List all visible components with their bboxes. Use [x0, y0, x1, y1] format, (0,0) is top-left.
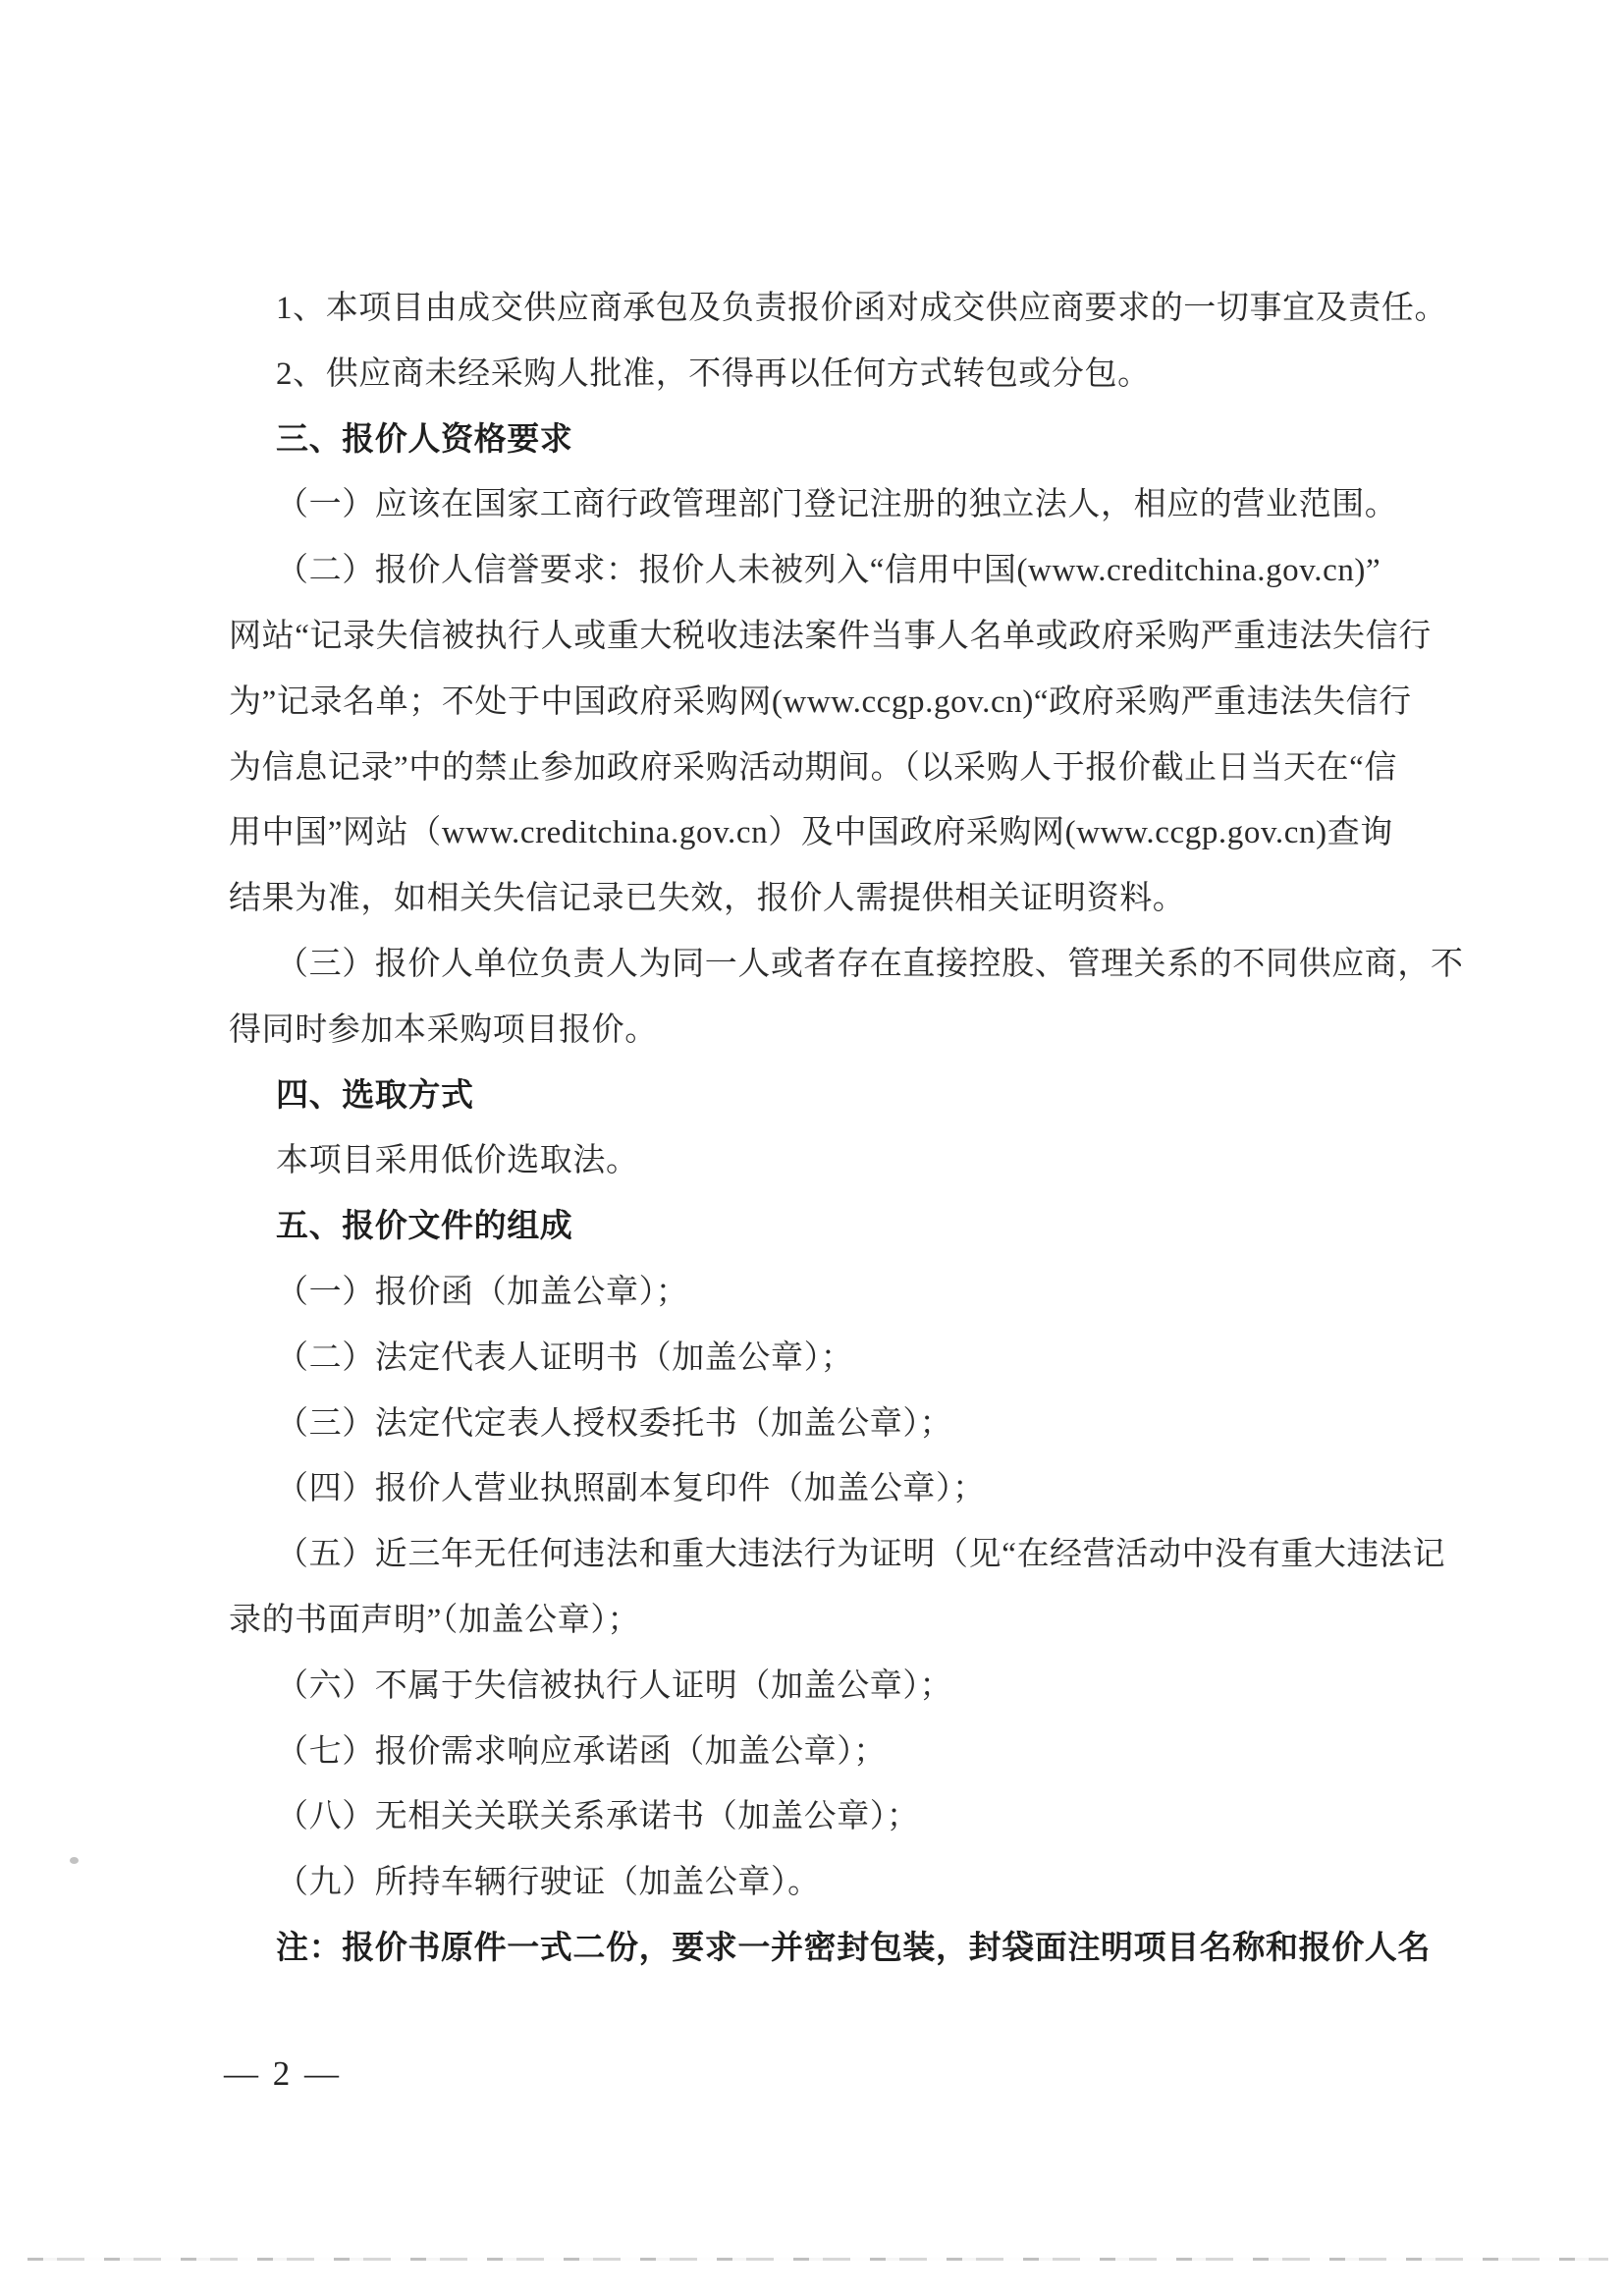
- document-body: 1、本项目由成交供应商承包及负责报价函对成交供应商要求的一切事宜及责任。2、供应…: [229, 276, 1429, 1982]
- document-line: 用中国”网站（www.creditchina.gov.cn）及中国政府采购网(w…: [229, 800, 1429, 866]
- document-line: （三）报价人单位负责人为同一人或者存在直接控股、管理关系的不同供应商，不: [229, 932, 1429, 998]
- document-line: 得同时参加本采购项目报价。: [229, 998, 1429, 1064]
- scan-artifact-line: [27, 2258, 1608, 2261]
- document-line: （四）报价人营业执照副本复印件（加盖公章）；: [229, 1456, 1429, 1522]
- document-line: 本项目采用低价选取法。: [229, 1128, 1429, 1194]
- document-line: （八）无相关关联关系承诺书（加盖公章）；: [229, 1784, 1429, 1850]
- document-line: （七）报价需求响应承诺函（加盖公章）；: [229, 1720, 1429, 1785]
- document-line: 网站“记录失信被执行人或重大税收违法案件当事人名单或政府采购严重违法失信行: [229, 604, 1429, 670]
- document-line: 结果为准，如相关失信记录已失效，报价人需提供相关证明资料。: [229, 866, 1429, 932]
- document-line: （二）法定代表人证明书（加盖公章）；: [229, 1326, 1429, 1392]
- document-line: （九）所持车辆行驶证（加盖公章）。: [229, 1850, 1429, 1916]
- document-line: 四、选取方式: [229, 1064, 1429, 1129]
- document-line: 三、报价人资格要求: [229, 408, 1429, 473]
- document-line: 为”记录名单；不处于中国政府采购网(www.ccgp.gov.cn)“政府采购严…: [229, 670, 1429, 736]
- document-line: 1、本项目由成交供应商承包及负责报价函对成交供应商要求的一切事宜及责任。: [229, 276, 1429, 342]
- document-line: （二）报价人信誉要求：报价人未被列入“信用中国(www.creditchina.…: [229, 538, 1429, 604]
- document-line: 五、报价文件的组成: [229, 1194, 1429, 1260]
- document-page: 1、本项目由成交供应商承包及负责报价函对成交供应商要求的一切事宜及责任。2、供应…: [0, 0, 1624, 2296]
- page-number: — 2 —: [224, 2054, 342, 2094]
- document-line: （一）报价函（加盖公章）；: [229, 1260, 1429, 1326]
- document-line: （五）近三年无任何违法和重大违法行为证明（见“在经营活动中没有重大违法记: [229, 1522, 1429, 1588]
- document-line: 为信息记录”中的禁止参加政府采购活动期间。（以采购人于报价截止日当天在“信: [229, 736, 1429, 801]
- scan-artifact-speck: [70, 1857, 79, 1864]
- document-line: 注：报价书原件一式二份，要求一并密封包装，封袋面注明项目名称和报价人名: [229, 1916, 1429, 1982]
- document-line: （一）应该在国家工商行政管理部门登记注册的独立法人，相应的营业范围。: [229, 472, 1429, 538]
- document-line: （三）法定代定表人授权委托书（加盖公章）；: [229, 1392, 1429, 1457]
- document-line: （六）不属于失信被执行人证明（加盖公章）；: [229, 1654, 1429, 1720]
- document-line: 录的书面声明”（加盖公章）；: [229, 1588, 1429, 1654]
- document-line: 2、供应商未经采购人批准，不得再以任何方式转包或分包。: [229, 342, 1429, 408]
